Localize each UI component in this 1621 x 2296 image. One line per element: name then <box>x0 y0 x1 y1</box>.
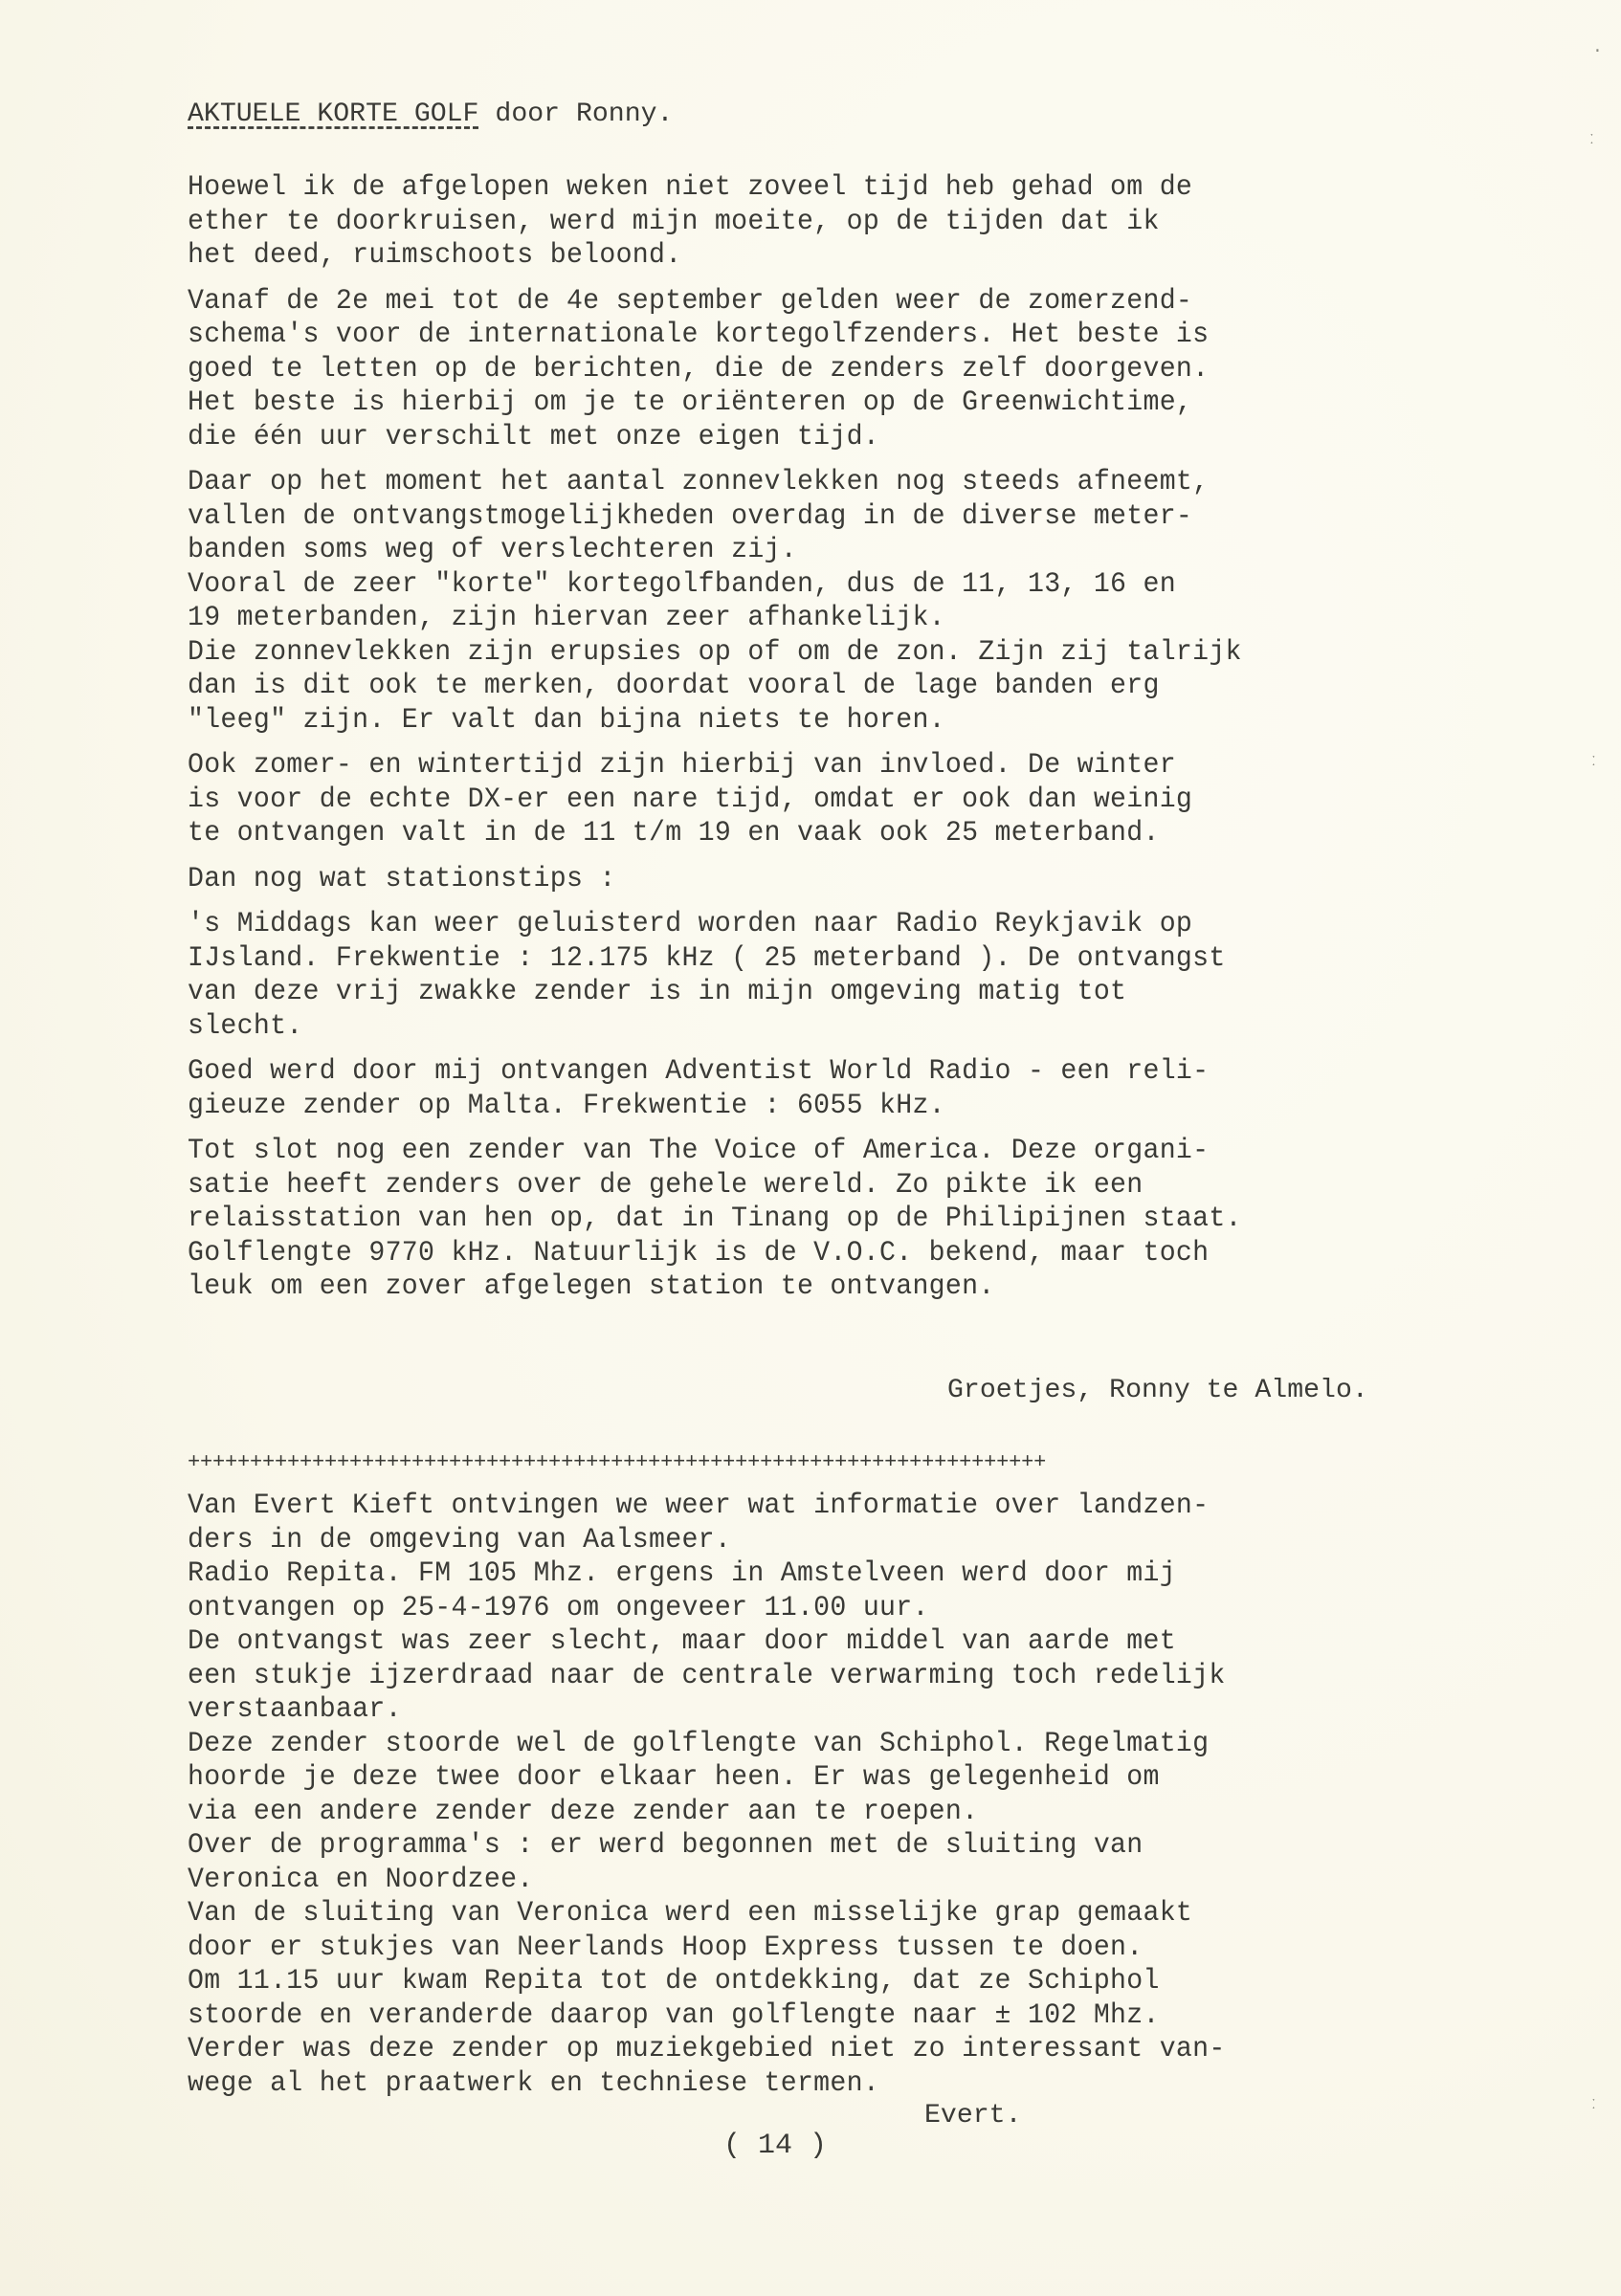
text-line: "leeg" zijn. Er valt dan bijna niets te … <box>188 703 1508 739</box>
text-line: Van de sluiting van Veronica werd een mi… <box>188 1896 1508 1932</box>
text-line: satie heeft zenders over de gehele werel… <box>188 1168 1508 1203</box>
punch-mark: ː <box>1588 2095 1599 2114</box>
text-line: Tot slot nog een zender van The Voice of… <box>188 1134 1508 1169</box>
text-line: De ontvangst was zeer slecht, maar door … <box>188 1624 1508 1660</box>
text-line: Veronica en Noordzee. <box>188 1863 1508 1898</box>
text-line: is voor de echte DX-er een nare tijd, om… <box>188 783 1508 818</box>
text-line: Hoewel ik de afgelopen weken niet zoveel… <box>188 170 1508 206</box>
text-line: een stukje ijzerdraad naar de centrale v… <box>188 1659 1508 1694</box>
paragraph: Dan nog wat stationstips : <box>188 862 1508 896</box>
text-line: Radio Repita. FM 105 Mhz. ergens in Amst… <box>188 1556 1508 1592</box>
text-line: vallen de ontvangstmogelijkheden overdag… <box>188 499 1508 535</box>
text-line: wege al het praatwerk en techniese terme… <box>188 2066 1508 2102</box>
text-line: relaisstation van hen op, dat in Tinang … <box>188 1202 1508 1237</box>
text-line: Deze zender stoorde wel de golflengte va… <box>188 1727 1508 1762</box>
punch-mark: · <box>1592 42 1603 61</box>
text-line: Vooral de zeer "korte" kortegolfbanden, … <box>188 567 1508 603</box>
text-line: Daar op het moment het aantal zonnevlekk… <box>188 465 1508 500</box>
text-line: IJsland. Frekwentie : 12.175 kHz ( 25 me… <box>188 941 1508 977</box>
text-line: Over de programma's : er werd begonnen m… <box>188 1828 1508 1864</box>
text-line: dan is dit ook te merken, doordat vooral… <box>188 669 1508 704</box>
punch-mark: ː <box>1588 752 1599 771</box>
title-underlined: AKTUELE KORTE GOLF <box>188 99 478 129</box>
text-line: ders in de omgeving van Aalsmeer. <box>188 1523 1508 1558</box>
signature-ronny: Groetjes, Ronny te Almelo. <box>947 1376 1368 1405</box>
text-line: Ook zomer- en wintertijd zijn hierbij va… <box>188 748 1508 784</box>
text-line: banden soms weg of verslechteren zij. <box>188 533 1508 568</box>
page-number: ( 14 ) <box>723 2130 827 2162</box>
text-line: ontvangen op 25-4-1976 om ongeveer 11.00… <box>188 1591 1508 1626</box>
paragraph: Goed werd door mij ontvangen Adventist W… <box>188 1054 1508 1122</box>
paragraph: Daar op het moment het aantal zonnevlekk… <box>188 465 1508 737</box>
text-line: Het beste is hierbij om je te oriënteren… <box>188 386 1508 421</box>
text-line: gieuze zender op Malta. Frekwentie : 605… <box>188 1089 1508 1124</box>
text-line: slecht. <box>188 1009 1508 1045</box>
text-line: te ontvangen valt in de 11 t/m 19 en vaa… <box>188 816 1508 851</box>
text-line: Die zonnevlekken zijn erupsies op of om … <box>188 635 1508 671</box>
text-line: van deze vrij zwakke zender is in mijn o… <box>188 975 1508 1010</box>
text-line: Golflengte 9770 kHz. Natuurlijk is de V.… <box>188 1236 1508 1271</box>
text-line: 19 meterbanden, zijn hiervan zeer afhank… <box>188 601 1508 636</box>
text-line: goed te letten op de berichten, die de z… <box>188 352 1508 387</box>
paragraph: Tot slot nog een zender van The Voice of… <box>188 1134 1508 1304</box>
text-line: leuk om een zover afgelegen station te o… <box>188 1269 1508 1305</box>
text-line: het deed, ruimschoots beloond. <box>188 238 1508 274</box>
text-line: 's Middags kan weer geluisterd worden na… <box>188 907 1508 942</box>
text-line: via een andere zender deze zender aan te… <box>188 1795 1508 1830</box>
paper-page: AKTUELE KORTE GOLF door Ronny. Hoewel ik… <box>0 0 1621 2296</box>
text-line: verstaanbaar. <box>188 1692 1508 1728</box>
text-line: Vanaf de 2e mei tot de 4e september geld… <box>188 284 1508 320</box>
text-line: hoorde je deze twee door elkaar heen. Er… <box>188 1760 1508 1796</box>
paragraph: Vanaf de 2e mei tot de 4e september geld… <box>188 284 1508 454</box>
text-line: Goed werd door mij ontvangen Adventist W… <box>188 1054 1508 1090</box>
punch-mark: ː <box>1587 130 1597 149</box>
text-line: schema's voor de internationale kortegol… <box>188 318 1508 353</box>
signature-evert: Evert. <box>924 2101 1022 2130</box>
text-line: Van Evert Kieft ontvingen we weer wat in… <box>188 1489 1508 1524</box>
article-landzenders: Van Evert Kieft ontvingen we weer wat in… <box>188 1489 1508 2100</box>
text-line: stoorde en veranderde daarop van golflen… <box>188 1998 1508 2034</box>
title-byline: door Ronny. <box>478 99 673 129</box>
text-line: die één uur verschilt met onze eigen tij… <box>188 420 1508 455</box>
paragraph: Ook zomer- en wintertijd zijn hierbij va… <box>188 748 1508 850</box>
article-title: AKTUELE KORTE GOLF door Ronny. <box>188 99 673 129</box>
text-line: ether te doorkruisen, werd mijn moeite, … <box>188 205 1508 240</box>
separator-line: ++++++++++++++++++++++++++++++++++++++++… <box>188 1450 1499 1474</box>
paragraph: 's Middags kan weer geluisterd worden na… <box>188 907 1508 1043</box>
text-line: Om 11.15 uur kwam Repita tot de ontdekki… <box>188 1964 1508 1999</box>
article-korte-golf: Hoewel ik de afgelopen weken niet zoveel… <box>188 170 1508 1304</box>
paragraph: Hoewel ik de afgelopen weken niet zoveel… <box>188 170 1508 273</box>
text-line: Verder was deze zender op muziekgebied n… <box>188 2032 1508 2067</box>
text-line: door er stukjes van Neerlands Hoop Expre… <box>188 1931 1508 1966</box>
text-line: Dan nog wat stationstips : <box>188 862 1508 897</box>
